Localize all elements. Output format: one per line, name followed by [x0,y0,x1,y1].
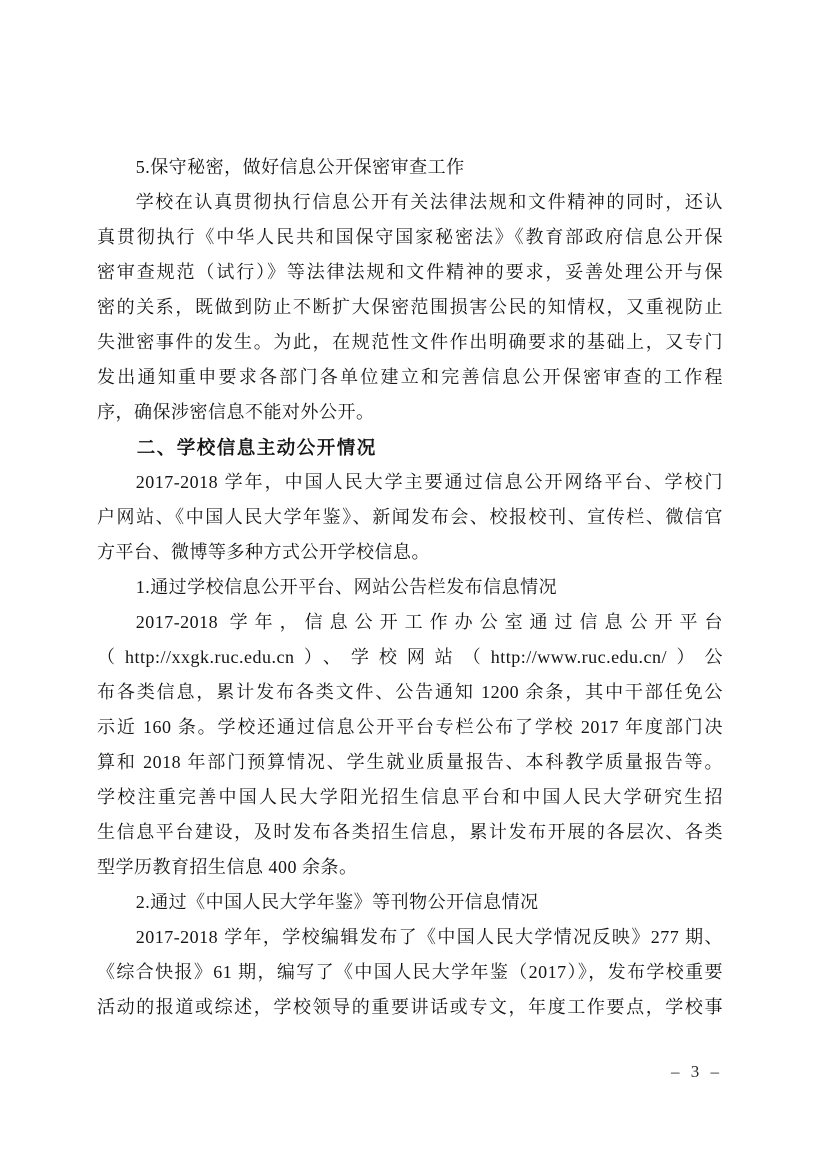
page-number: – 3 – [671,1060,719,1084]
paragraph-line: 学校注重完善中国人民大学阳光招生信息平台和中国人民大学研究生招 [97,780,723,815]
paragraph-line: 生信息平台建设，及时发布各类招生信息，累计发布开展的各层次、各类 [97,815,723,850]
sub2-heading: 2.通过《中国人民大学年鉴》等刊物公开信息情况 [97,885,723,920]
paragraph-line: 序，确保涉密信息不能对外公开。 [97,395,723,430]
sub1-heading: 1.通过学校信息公开平台、网站公告栏发布信息情况 [97,570,723,605]
paragraph-line: 密的关系，既做到防止不断扩大保密范围损害公民的知情权，又重视防止 [97,290,723,325]
paragraph-line: 2017-2018 学年，信息公开工作办公室通过信息公开平台 [97,605,723,640]
paragraph-line: 2017-2018 学年，学校编辑发布了《中国人民大学情况反映》277 期、 [97,920,723,955]
item5-heading: 5.保守秘密，做好信息公开保密审查工作 [97,150,723,185]
paragraph-line: 2017-2018 学年，中国人民大学主要通过信息公开网络平台、学校门 [97,465,723,500]
section2-heading: 二、学校信息主动公开情况 [97,430,723,465]
paragraph-line: 密审查规范（试行）》等法律法规和文件精神的要求，妥善处理公开与保 [97,255,723,290]
paragraph-line: （http://xxgk.ruc.edu.cn）、学校网站（http://www… [97,640,723,675]
paragraph-line: 《综合快报》61 期，编写了《中国人民大学年鉴（2017）》，发布学校重要 [97,955,723,990]
paragraph-line: 示近 160 条。学校还通过信息公开平台专栏公布了学校 2017 年度部门决 [97,710,723,745]
paragraph-line: 学校在认真贯彻执行信息公开有关法律法规和文件精神的同时，还认 [97,185,723,220]
document-body: 5.保守秘密，做好信息公开保密审查工作 学校在认真贯彻执行信息公开有关法律法规和… [97,150,723,1025]
document-page: 5.保守秘密，做好信息公开保密审查工作 学校在认真贯彻执行信息公开有关法律法规和… [0,0,827,1170]
paragraph-line: 型学历教育招生信息 400 余条。 [97,850,723,885]
paragraph-line: 算和 2018 年部门预算情况、学生就业质量报告、本科教学质量报告等。 [97,745,723,780]
paragraph-line: 布各类信息，累计发布各类文件、公告通知 1200 余条，其中干部任免公 [97,675,723,710]
paragraph-line: 活动的报道或综述，学校领导的重要讲话或专文，年度工作要点，学校事 [97,990,723,1025]
paragraph-line: 户网站、《中国人民大学年鉴》、新闻发布会、校报校刊、宣传栏、微信官 [97,500,723,535]
paragraph-line: 失泄密事件的发生。为此，在规范性文件作出明确要求的基础上，又专门 [97,325,723,360]
paragraph-line: 真贯彻执行《中华人民共和国保守国家秘密法》《教育部政府信息公开保 [97,220,723,255]
paragraph-line: 发出通知重申要求各部门各单位建立和完善信息公开保密审查的工作程 [97,360,723,395]
paragraph-line: 方平台、微博等多种方式公开学校信息。 [97,535,723,570]
